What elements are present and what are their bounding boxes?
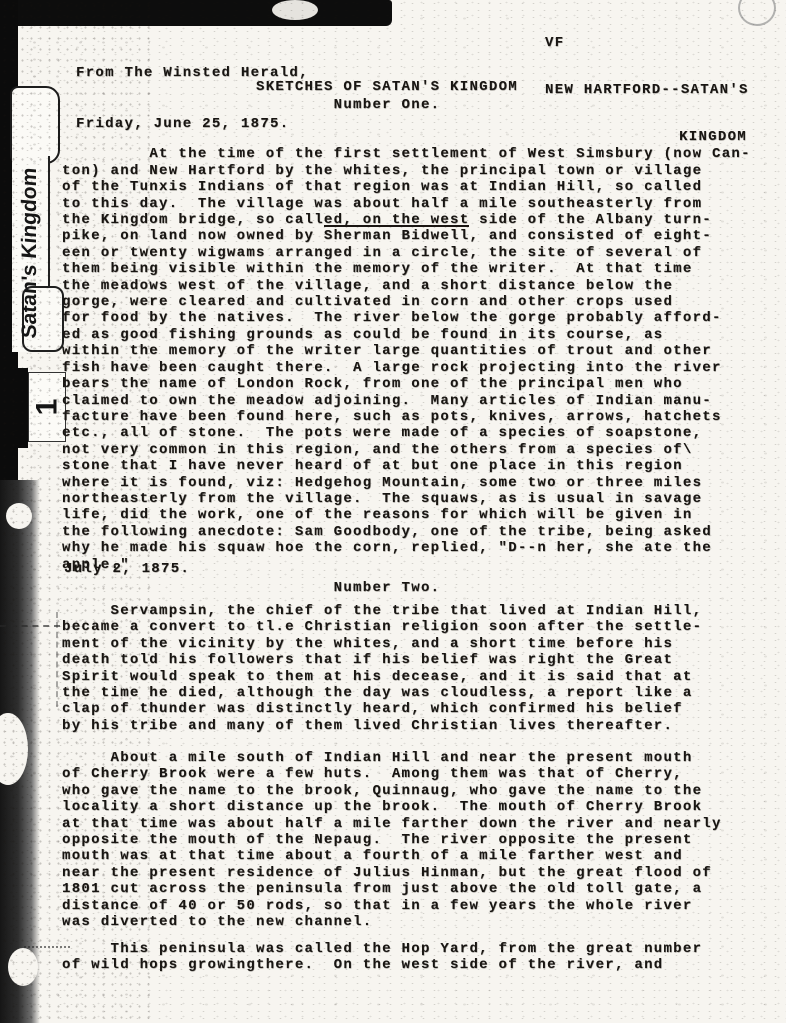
page-number-label: 1 [28,372,66,442]
number-two-paragraph-1: Servampsin, the chief of the tribe that … [62,603,702,734]
underline-sherman-bidwell [324,225,469,227]
scan-notch [8,948,38,986]
scan-notch [6,503,32,529]
number-one-paragraph: At the time of the first settlement of W… [62,130,751,606]
folder-tab [10,86,60,164]
number-two-paragraph-2: About a mile south of Indian Hill and ne… [62,750,722,930]
number-one-heading: Number One. [62,97,712,113]
scanned-document-page: Satan's Kingdom 1 VF NEW HARTFORD--SATAN… [0,0,786,1023]
fold-mark [56,612,58,707]
page-number: 1 [30,399,64,416]
fold-mark [0,625,60,627]
scan-edge-top-bar [0,0,392,26]
date-line: July 2, 1875. [64,561,190,577]
scan-smudge [272,0,318,20]
catalog-line: VF [545,36,749,52]
scan-edge-block [0,368,28,448]
handwritten-side-label: Satan's Kingdom [15,162,45,345]
article-title: SKETCHES OF SATAN'S KINGDOM [62,79,712,95]
number-two-paragraph-3: This peninsula was called the Hop Yard, … [62,941,702,974]
number-two-heading: Number Two. [62,580,712,596]
number-one-text: At the time of the first settlement of W… [62,146,751,572]
